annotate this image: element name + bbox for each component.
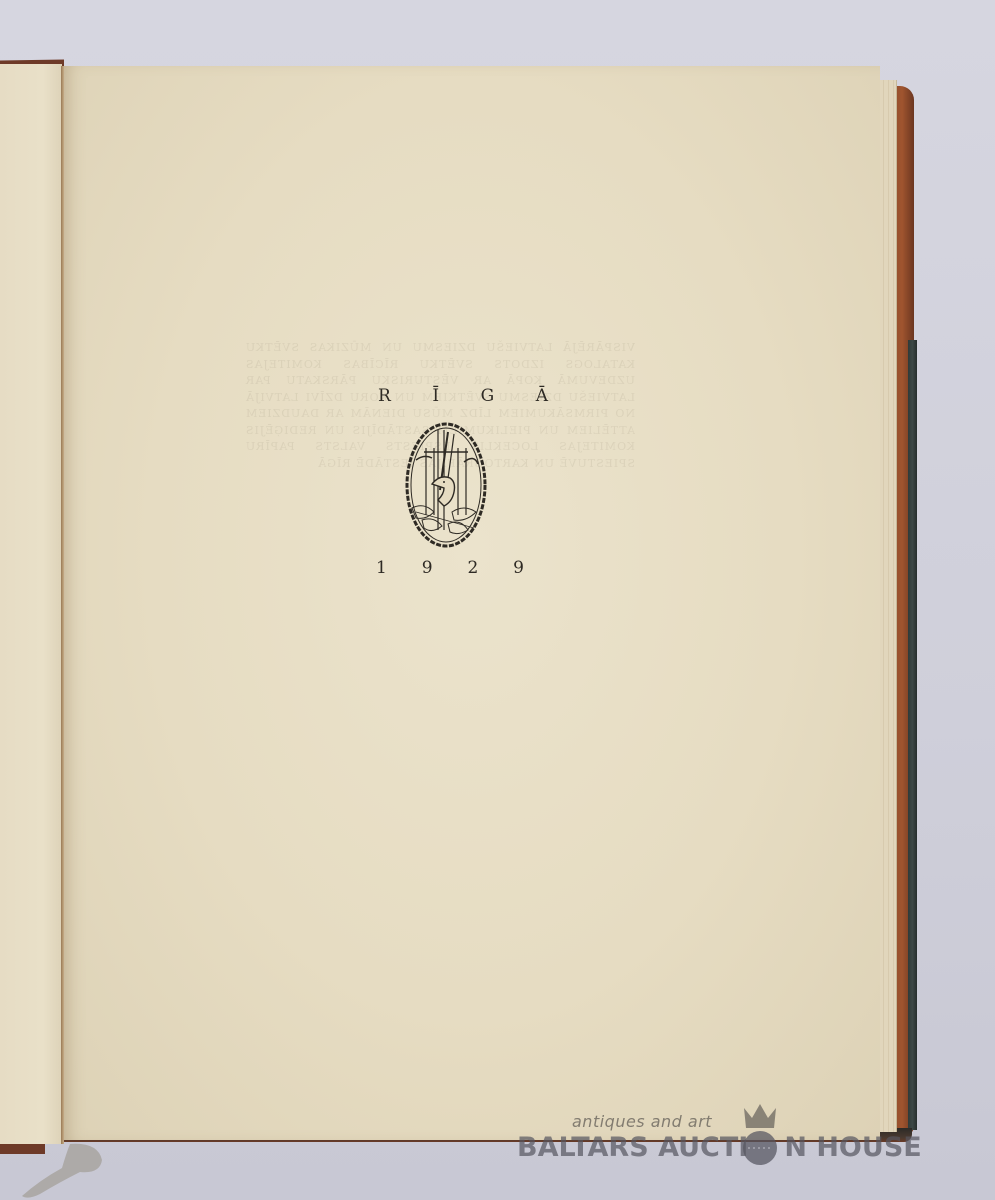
spine-cloth-edge: [908, 340, 917, 1130]
watermark-tagline: antiques and art: [572, 1112, 712, 1131]
watermark-brand-left: BALTARS AUCTI: [517, 1132, 748, 1163]
watermark-brand-right: N HOUSE: [784, 1132, 921, 1163]
letter: Ī: [432, 386, 439, 406]
emblem-icon: [404, 420, 488, 550]
digit: 9: [422, 558, 433, 578]
digit: 9: [513, 558, 524, 578]
left-page: [0, 64, 62, 1144]
digit: 1: [376, 558, 387, 578]
book-gutter: [61, 66, 64, 1144]
letter: R: [378, 386, 391, 406]
place-name: R Ī G Ā: [378, 386, 548, 406]
letter: G: [481, 386, 495, 406]
bookmark-ribbon: [10, 1140, 105, 1200]
digit: 2: [467, 558, 478, 578]
book-photo: VISPĀRĒJĀ LATVIEŠU DZIESMU UN MŪZIKAS SV…: [0, 0, 995, 1200]
letter: Ā: [536, 386, 548, 406]
watermark-brand: BALTARS AUCTIN HOUSE: [517, 1132, 917, 1163]
year: 1 9 2 9: [376, 558, 524, 578]
